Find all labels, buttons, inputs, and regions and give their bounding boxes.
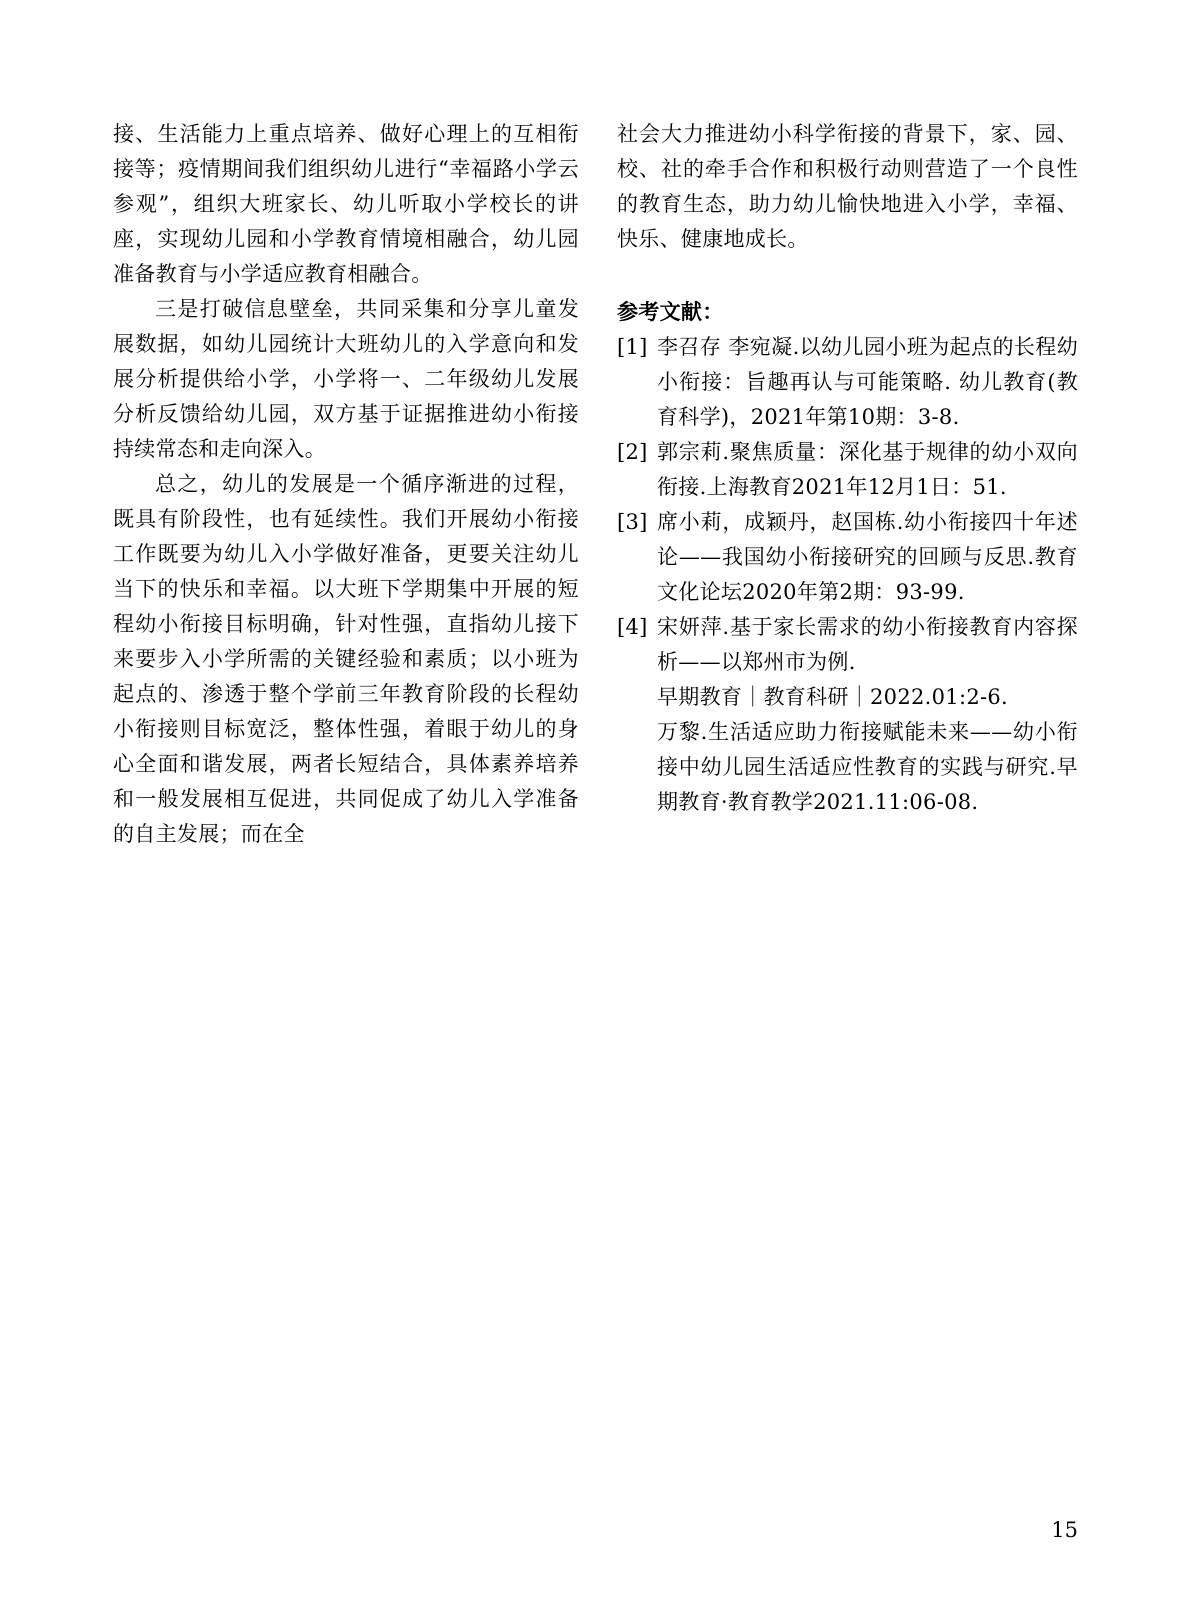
reference-text: 郭宗莉.聚焦质量：深化基于规律的幼小双向衔接.上海教育2021年12月1日：51… bbox=[657, 440, 1078, 499]
reference-item-4: [4] 宋妍萍.基于家长需求的幼小衔接教育内容探析——以郑州市为例. bbox=[617, 610, 1078, 680]
reference-text: 李召存 李宛凝.以幼儿园小班为起点的长程幼小衔接：旨趣再认与可能策略. 幼儿教育… bbox=[657, 335, 1078, 429]
left-paragraph-2: 三是打破信息壁垒，共同采集和分享儿童发展数据，如幼儿园统计大班幼儿的入学意向和发… bbox=[113, 292, 579, 467]
right-column: 社会大力推进幼小科学衔接的背景下，家、园、校、社的牵手合作和积极行动则营造了一个… bbox=[617, 117, 1078, 820]
right-continuation-paragraph: 社会大力推进幼小科学衔接的背景下，家、园、校、社的牵手合作和积极行动则营造了一个… bbox=[617, 117, 1078, 257]
reference-item-3: [3] 席小莉，成颖丹，赵国栋.幼小衔接四十年述论——我国幼小衔接研究的回顾与反… bbox=[617, 505, 1078, 610]
reference-label: [4] bbox=[617, 610, 648, 645]
left-paragraph-3: 总之，幼儿的发展是一个循序渐进的过程，既具有阶段性，也有延续性。我们开展幼小衔接… bbox=[113, 467, 579, 852]
reference-label: [1] bbox=[617, 330, 648, 365]
reference-continuation-2: 万黎.生活适应助力衔接赋能未来——幼小衔接中幼儿园生活适应性教育的实践与研究.早… bbox=[617, 715, 1078, 820]
reference-text: 早期教育｜教育科研｜2022.01:2-6. bbox=[657, 685, 1008, 709]
document-page: 接、生活能力上重点培养、做好心理上的互相衔接等；疫情期间我们组织幼儿进行“幸福路… bbox=[0, 0, 1191, 1616]
references-heading: 参考文献： bbox=[617, 295, 1078, 330]
reference-item-1: [1] 李召存 李宛凝.以幼儿园小班为起点的长程幼小衔接：旨趣再认与可能策略. … bbox=[617, 330, 1078, 435]
reference-continuation-1: 早期教育｜教育科研｜2022.01:2-6. bbox=[617, 680, 1078, 715]
reference-item-2: [2] 郭宗莉.聚焦质量：深化基于规律的幼小双向衔接.上海教育2021年12月1… bbox=[617, 435, 1078, 505]
reference-label: [3] bbox=[617, 505, 648, 540]
left-column: 接、生活能力上重点培养、做好心理上的互相衔接等；疫情期间我们组织幼儿进行“幸福路… bbox=[113, 117, 579, 852]
page-number: 15 bbox=[617, 1513, 1078, 1548]
reference-text: 宋妍萍.基于家长需求的幼小衔接教育内容探析——以郑州市为例. bbox=[657, 615, 1078, 674]
reference-text: 万黎.生活适应助力衔接赋能未来——幼小衔接中幼儿园生活适应性教育的实践与研究.早… bbox=[657, 720, 1078, 814]
left-paragraph-1: 接、生活能力上重点培养、做好心理上的互相衔接等；疫情期间我们组织幼儿进行“幸福路… bbox=[113, 117, 579, 292]
reference-label: [2] bbox=[617, 435, 648, 470]
reference-text: 席小莉，成颖丹，赵国栋.幼小衔接四十年述论——我国幼小衔接研究的回顾与反思.教育… bbox=[657, 510, 1078, 604]
